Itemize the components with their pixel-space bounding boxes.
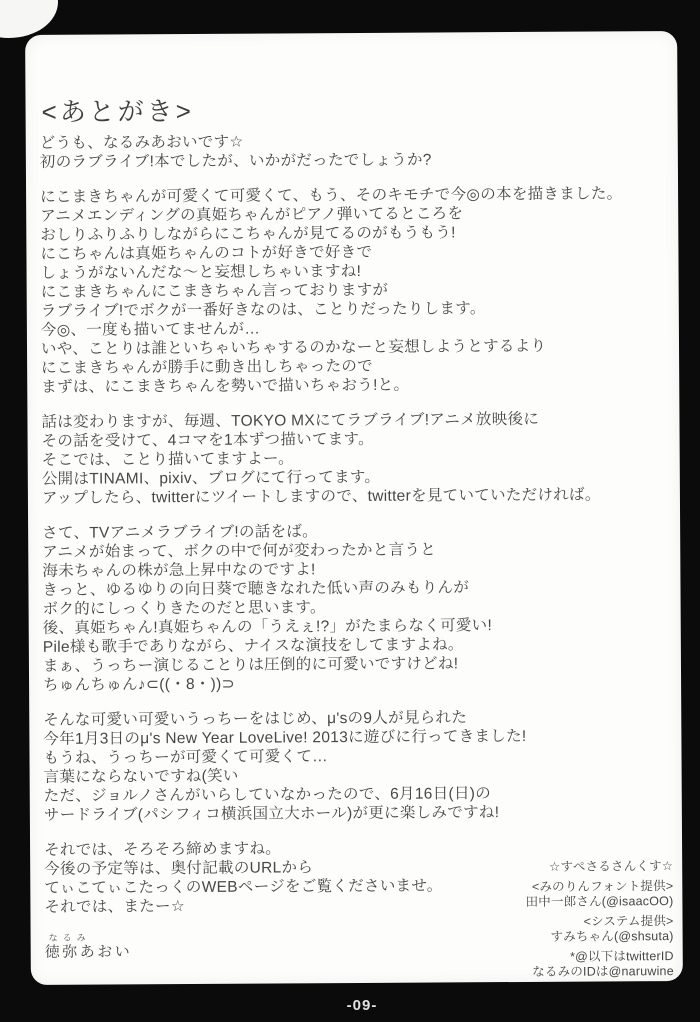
twitter-id-notes: *@以下はtwitterIDなるみのIDは@naruwine	[526, 949, 674, 980]
scanned-book-spread: { "document": { "title": "<あとがき>", "para…	[0, 0, 700, 1022]
text-line: 初のラブライブ!本でしたが、いかがだったでしょうか?	[40, 149, 672, 172]
afterword-paragraph-nicomaki: にこまきちゃんが可愛くて可愛くて、もう、そのキモチで今◎の本を描きました。アニメ…	[40, 184, 673, 397]
afterword-paragraph-tv-anime: さて、TVアニメラブライブ!の話をば。アニメが始まって、ボクの中で何が変わったか…	[42, 520, 675, 695]
afterword-page: <あとがき> どうも、なるみあおいです☆初のラブライブ!本でしたが、いかがだった…	[25, 31, 683, 985]
scan-corner-artifact	[0, 0, 58, 38]
special-thanks-heading: ☆すぺさるさんくす☆	[525, 859, 673, 875]
afterword-paragraph-live-event: そんな可愛い可愛いうっちーをはじめ、μ'sの9人が見られた今年1月3日のμ's …	[43, 707, 676, 825]
text-line: ちゅんちゅん♪⊂((・8・))⊃	[43, 672, 675, 695]
text-line: アップしたら、twitterにツイートしますので、twitterを見ていていただ…	[42, 485, 674, 508]
afterword-paragraph-yonkoma: 話は変わりますが、毎週、TOKYO MXにてラブライブ!アニメ放映後にその話を受…	[41, 409, 674, 508]
text-line: にこまきちゃんが可愛くて可愛くて、もう、そのキモチで今◎の本を描きました。	[40, 184, 672, 207]
special-thanks-section: ☆すぺさるさんくす☆ <みのりんフォント提供>田中一郎さん(@isaacOO) …	[525, 859, 674, 980]
credit-line: 田中一郎さん(@isaacOO)	[526, 894, 674, 910]
note-line: なるみのIDは@naruwine	[526, 964, 674, 980]
font-credit: <みのりんフォント提供>田中一郎さん(@isaacOO)	[525, 879, 673, 910]
text-line: サードライブ(パシフィコ横浜国立大ホール)が更に楽しみですね!	[44, 802, 676, 825]
note-line: *@以下はtwitterID	[526, 949, 674, 965]
afterword-text-block: <あとがき> どうも、なるみあおいです☆初のラブライブ!本でしたが、いかがだった…	[39, 94, 676, 962]
system-credit: <システム提供>すみちゃん(@shsuta)	[526, 914, 674, 945]
text-line: まずは、にこまきちゃんを勢いで描いちゃおう!と。	[41, 374, 673, 397]
page-number: -09-	[0, 998, 700, 1014]
credit-line: すみちゃん(@shsuta)	[526, 929, 674, 945]
credit-line: <システム提供>	[526, 914, 674, 930]
page-title: <あとがき>	[41, 94, 671, 126]
credit-line: <みのりんフォント提供>	[525, 879, 673, 895]
afterword-paragraph-intro: どうも、なるみあおいです☆初のラブライブ!本でしたが、いかがだったでしょうか?	[40, 130, 672, 172]
